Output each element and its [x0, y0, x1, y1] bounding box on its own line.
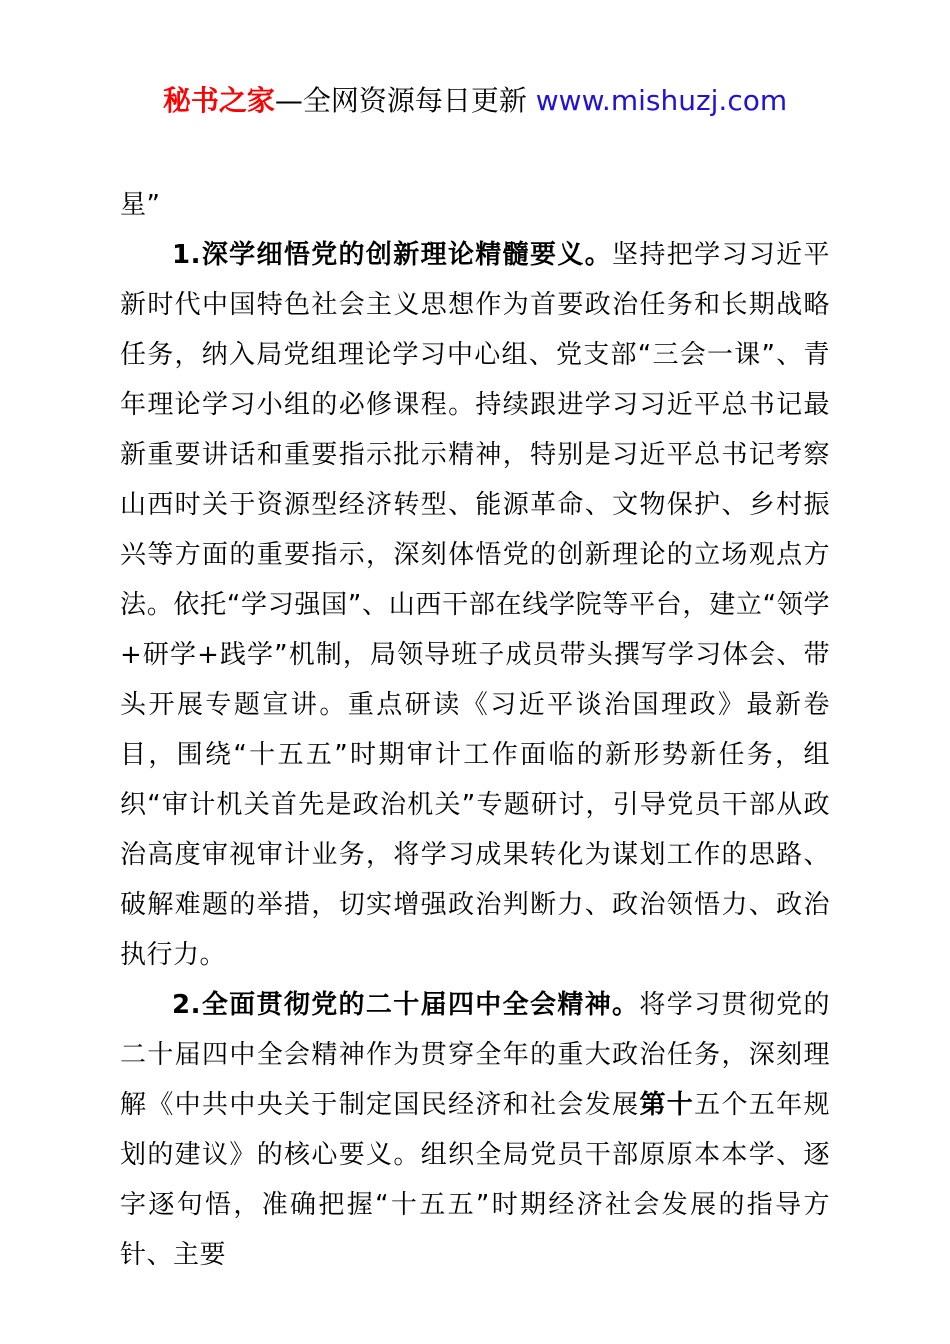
- paragraph-2-lead: 2.全面贯彻党的二十届四中全会精神。: [172, 990, 639, 1020]
- paragraph-2-bold-inline: 第十: [639, 1090, 694, 1120]
- paragraph-1-lead: 1.深学细悟党的创新理论精髓要义。: [172, 240, 612, 270]
- site-brand: 秘书之家: [163, 84, 275, 117]
- site-tagline: —全网资源每日更新: [275, 84, 536, 117]
- paragraph-1: 1.深学细悟党的创新理论精髓要义。坚持把学习习近平新时代中国特色社会主义思想作为…: [120, 230, 830, 980]
- document-page: 秘书之家—全网资源每日更新 www.mishuzj.com 星” 1.深学细悟党…: [0, 0, 950, 1344]
- document-body: 星” 1.深学细悟党的创新理论精髓要义。坚持把学习习近平新时代中国特色社会主义思…: [120, 180, 830, 1280]
- paragraph-1-text: 坚持把学习习近平新时代中国特色社会主义思想作为首要政治任务和长期战略任务，纳入局…: [120, 240, 830, 970]
- paragraph-continuation: 星”: [120, 180, 830, 230]
- site-url-link[interactable]: www.mishuzj.com: [536, 84, 787, 117]
- paragraph-2: 2.全面贯彻党的二十届四中全会精神。将学习贯彻党的二十届四中全会精神作为贯穿全年…: [120, 980, 830, 1280]
- site-header: 秘书之家—全网资源每日更新 www.mishuzj.com: [0, 0, 950, 118]
